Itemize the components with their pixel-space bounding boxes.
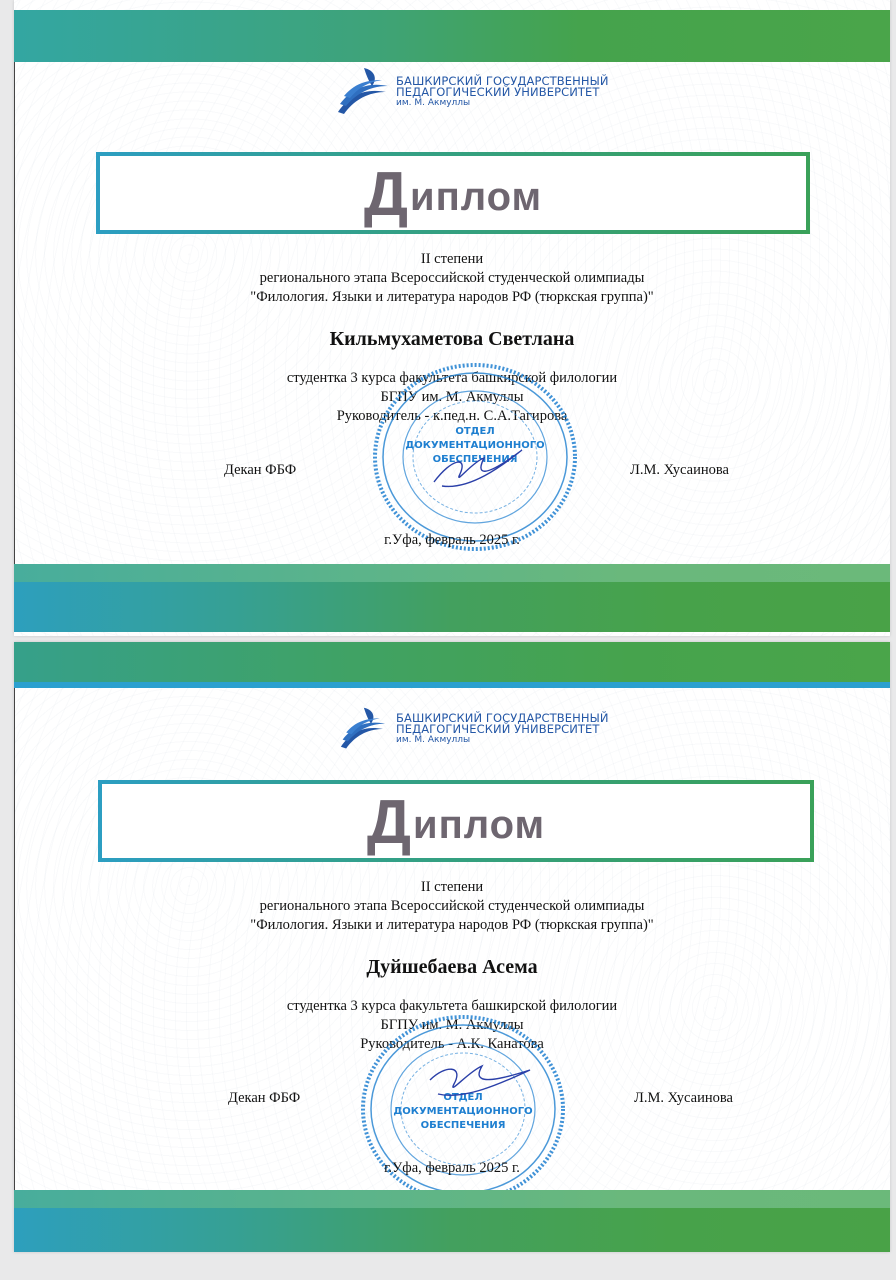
- diploma-title-frame: Диплом: [98, 780, 814, 862]
- diploma-title: Диплом: [364, 170, 542, 220]
- sheet-edge-line: [14, 62, 15, 566]
- place-date: г.Уфа, февраль 2025 г.: [14, 532, 890, 549]
- university-wave-icon: [334, 66, 392, 118]
- degree-text: II степени: [14, 878, 890, 897]
- signer-title: Декан ФБФ: [228, 1090, 300, 1107]
- diploma-2: БАШКИРСКИЙ ГОСУДАРСТВЕННЫЙ ПЕДАГОГИЧЕСКИ…: [14, 642, 890, 1252]
- award-description: II степени регионального этапа Всероссий…: [14, 878, 890, 935]
- diploma-title-frame: Диплом: [96, 152, 810, 234]
- svg-text:ДОКУМЕНТАЦИОННОГО: ДОКУМЕНТАЦИОННОГО: [405, 440, 544, 451]
- official-stamp: ОТДЕЛ ДОКУМЕНТАЦИОННОГО ОБЕСПЕЧЕНИЯ: [360, 1014, 566, 1209]
- event-text: регионального этапа Всероссийской студен…: [14, 269, 890, 288]
- diploma-title: Диплом: [367, 798, 545, 848]
- stamp-icon: ОТДЕЛ ДОКУМЕНТАЦИОННОГО ОБЕСПЕЧЕНИЯ: [372, 362, 578, 552]
- university-name-line3: им. М. Акмуллы: [396, 736, 609, 745]
- event-text: регионального этапа Всероссийской студен…: [14, 897, 890, 916]
- signer-title: Декан ФБФ: [224, 462, 296, 479]
- sheet-edge-line: [14, 688, 15, 1190]
- signer-name: Л.М. Хусаинова: [630, 462, 729, 479]
- official-stamp: ОТДЕЛ ДОКУМЕНТАЦИОННОГО ОБЕСПЕЧЕНИЯ: [372, 362, 578, 557]
- university-logo: БАШКИРСКИЙ ГОСУДАРСТВЕННЫЙ ПЕДАГОГИЧЕСКИ…: [334, 66, 609, 118]
- university-logo: БАШКИРСКИЙ ГОСУДАРСТВЕННЫЙ ПЕДАГОГИЧЕСКИ…: [334, 706, 609, 752]
- top-green-band: [14, 642, 890, 688]
- subject-text: "Филология. Языки и литература народов Р…: [14, 288, 890, 307]
- svg-text:ОБЕСПЕЧЕНИЯ: ОБЕСПЕЧЕНИЯ: [421, 1120, 506, 1131]
- place-date: г.Уфа, февраль 2025 г.: [14, 1160, 890, 1177]
- svg-text:ОТДЕЛ: ОТДЕЛ: [455, 426, 494, 437]
- recipient-name: Дуйшебаева Асема: [14, 956, 890, 979]
- bottom-green-band: [14, 1190, 890, 1252]
- university-wave-icon: [334, 706, 392, 752]
- signer-name: Л.М. Хусаинова: [634, 1090, 733, 1107]
- diploma-1: БАШКИРСКИЙ ГОСУДАРСТВЕННЫЙ ПЕДАГОГИЧЕСКИ…: [14, 0, 890, 636]
- bottom-green-band: [14, 564, 890, 632]
- award-description: II степени регионального этапа Всероссий…: [14, 250, 890, 307]
- degree-text: II степени: [14, 250, 890, 269]
- university-name-line3: им. М. Акмуллы: [396, 99, 609, 108]
- subject-text: "Филология. Языки и литература народов Р…: [14, 916, 890, 935]
- top-green-band: [14, 10, 890, 62]
- svg-text:ДОКУМЕНТАЦИОННОГО: ДОКУМЕНТАЦИОННОГО: [393, 1106, 532, 1117]
- recipient-name: Кильмухаметова Светлана: [14, 328, 890, 351]
